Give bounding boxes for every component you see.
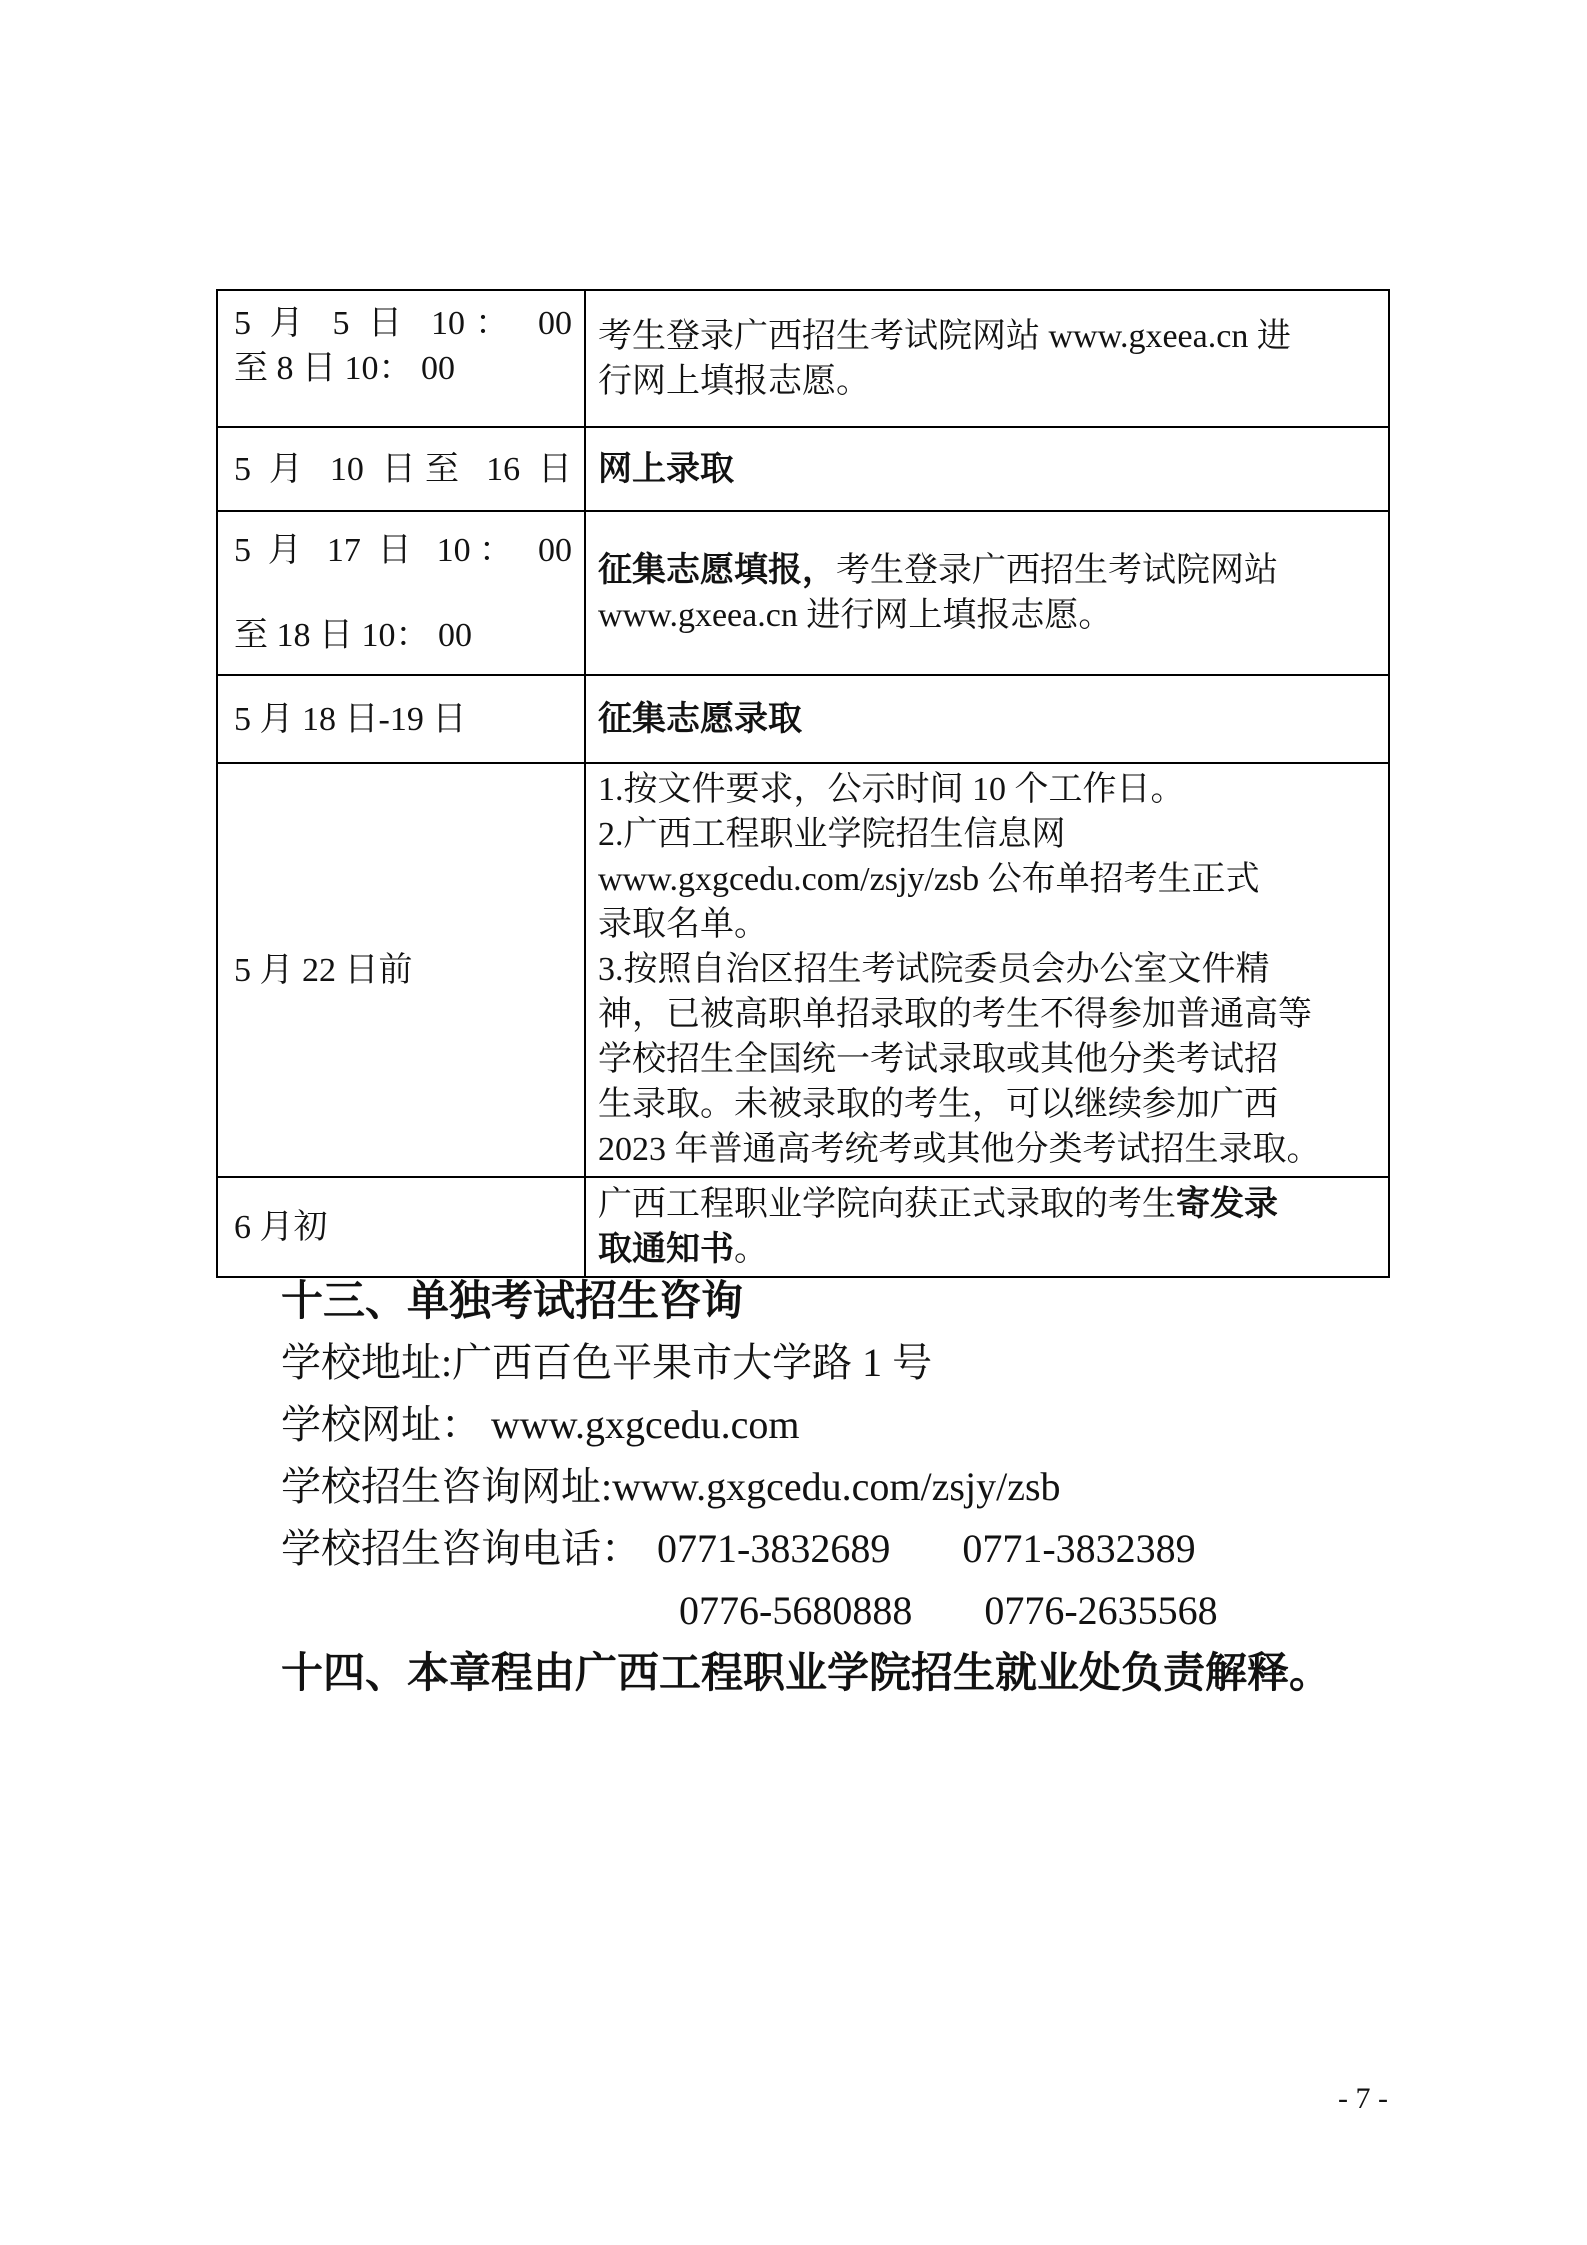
table-row: 5 月 10 日至 16 日 网上录取: [217, 427, 1389, 511]
phone-number: 0776-2635568: [984, 1588, 1217, 1633]
date-cell: 5 月 10 日至 16 日: [217, 427, 585, 511]
description-line: 行网上填报志愿。: [598, 359, 1378, 404]
description-line: 生录取。未被录取的考生，可以继续参加广西: [598, 1082, 1378, 1127]
table-row: 6 月初 广西工程职业学院向获正式录取的考生寄发录 取通知书。: [217, 1177, 1389, 1277]
description-line: 网上录取: [598, 447, 1378, 492]
description-line: 1.按文件要求，公示时间 10 个工作日。: [598, 767, 1378, 812]
description-cell: 广西工程职业学院向获正式录取的考生寄发录 取通知书。: [585, 1177, 1389, 1277]
description-line: 2023 年普通高考统考或其他分类考试招生录取。: [598, 1127, 1378, 1172]
document-page: 5 月 5 日 10： 00 至 8 日 10： 00 考生登录广西招生考试院网…: [0, 0, 1587, 2245]
date-line: 5 月 10 日至 16 日: [234, 447, 572, 492]
description-cell: 考生登录广西招生考试院网站 www.gxeea.cn 进 行网上填报志愿。: [585, 290, 1389, 427]
date-cell: 5 月 5 日 10： 00 至 8 日 10： 00: [217, 290, 585, 427]
bold-text: 寄发录: [1176, 1186, 1278, 1223]
date-cell: 5 月 18 日-19 日: [217, 675, 585, 763]
consult-phone-line-1: 学校招生咨询电话：0771-38326890771-3832389: [281, 1518, 1461, 1580]
description-line: www.gxeea.cn 进行网上填报志愿。: [598, 593, 1378, 638]
description-line: 征集志愿录取: [598, 697, 1378, 742]
description-line: 取通知书。: [598, 1227, 1378, 1272]
description-line: 广西工程职业学院向获正式录取的考生寄发录: [598, 1182, 1378, 1227]
date-line: 5 月 5 日 10： 00: [234, 301, 572, 346]
description-line: 考生登录广西招生考试院网站 www.gxeea.cn 进: [598, 314, 1378, 359]
school-address-line: 学校地址:广西百色平果市大学路 1 号: [281, 1332, 1461, 1394]
date-line: 5 月 17 日 10： 00: [234, 528, 572, 573]
date-line: 6 月初: [234, 1205, 572, 1250]
description-line: www.gxgcedu.com/zsjy/zsb 公布单招考生正式: [598, 857, 1378, 902]
consult-website-line: 学校招生咨询网址:www.gxgcedu.com/zsjy/zsb: [281, 1456, 1461, 1518]
bold-text: 取通知书: [598, 1231, 734, 1268]
normal-text: 广西工程职业学院向获正式录取的考生: [598, 1186, 1176, 1223]
description-line: 学校招生全国统一考试录取或其他分类考试招: [598, 1037, 1378, 1082]
page-number: - 7 -: [1338, 2082, 1388, 2116]
consult-phone-line-2: 0776-56808880776-2635568: [281, 1580, 1461, 1642]
date-line: 5 月 22 日前: [234, 948, 572, 993]
section-14-heading: 十四、本章程由广西工程职业学院招生就业处负责解释。: [281, 1642, 1461, 1704]
table-row: 5 月 22 日前 1.按文件要求，公示时间 10 个工作日。 2.广西工程职业…: [217, 763, 1389, 1177]
admission-schedule-table: 5 月 5 日 10： 00 至 8 日 10： 00 考生登录广西招生考试院网…: [216, 289, 1390, 1278]
school-website-line: 学校网址： www.gxgcedu.com: [281, 1394, 1461, 1456]
normal-text: 。: [734, 1231, 768, 1268]
section-13-heading: 十三、单独考试招生咨询: [281, 1270, 1461, 1332]
description-line: 2.广西工程职业学院招生信息网: [598, 812, 1378, 857]
description-line: 录取名单。: [598, 902, 1378, 947]
table-row: 5 月 18 日-19 日 征集志愿录取: [217, 675, 1389, 763]
description-line: 征集志愿填报，考生登录广西招生考试院网站: [598, 548, 1378, 593]
phone-number: 0776-5680888: [679, 1588, 912, 1633]
table-row: 5 月 17 日 10： 00 至 18 日 10： 00 征集志愿填报，考生登…: [217, 511, 1389, 675]
bold-text: 征集志愿填报，: [598, 552, 836, 589]
phone-number: 0771-3832689: [657, 1526, 890, 1571]
table-row: 5 月 5 日 10： 00 至 8 日 10： 00 考生登录广西招生考试院网…: [217, 290, 1389, 427]
description-cell: 1.按文件要求，公示时间 10 个工作日。 2.广西工程职业学院招生信息网 ww…: [585, 763, 1389, 1177]
date-line: 5 月 18 日-19 日: [234, 697, 572, 742]
date-line: 至 18 日 10： 00: [234, 613, 572, 658]
description-cell: 网上录取: [585, 427, 1389, 511]
phone-label: 学校招生咨询电话：: [281, 1526, 641, 1571]
date-cell: 6 月初: [217, 1177, 585, 1277]
description-line: 神，已被高职单招录取的考生不得参加普通高等: [598, 992, 1378, 1037]
date-cell: 5 月 17 日 10： 00 至 18 日 10： 00: [217, 511, 585, 675]
date-line: 至 8 日 10： 00: [234, 346, 572, 391]
description-cell: 征集志愿填报，考生登录广西招生考试院网站 www.gxeea.cn 进行网上填报…: [585, 511, 1389, 675]
normal-text: 考生登录广西招生考试院网站: [836, 552, 1278, 589]
date-cell: 5 月 22 日前: [217, 763, 585, 1177]
phone-number: 0771-3832389: [962, 1526, 1195, 1571]
description-line: 3.按照自治区招生考试院委员会办公室文件精: [598, 947, 1378, 992]
description-cell: 征集志愿录取: [585, 675, 1389, 763]
contact-section: 十三、单独考试招生咨询 学校地址:广西百色平果市大学路 1 号 学校网址： ww…: [281, 1270, 1461, 1704]
